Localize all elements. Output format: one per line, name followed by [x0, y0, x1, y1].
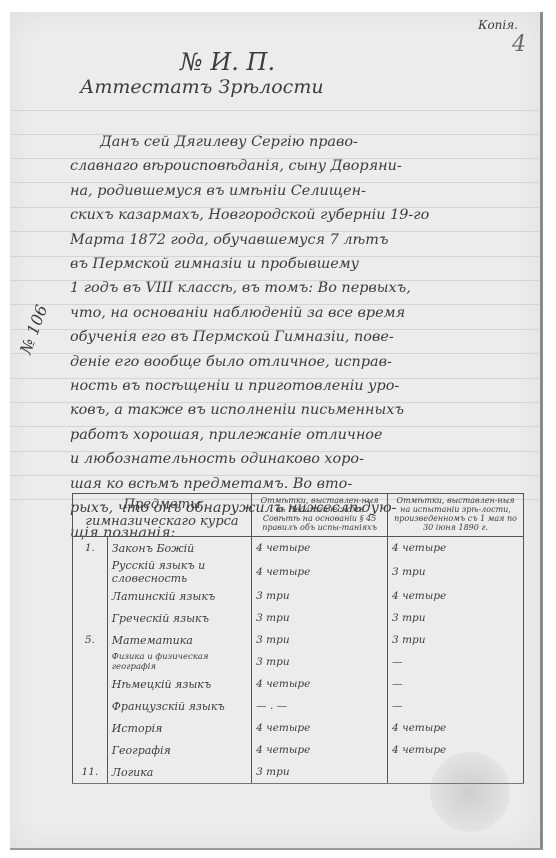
text-line: что, на основаніи наблюденій за все врем… — [70, 301, 528, 325]
table-row: Исторія 4 четыре 4 четыре — [73, 717, 524, 739]
certificate-text: Данъ сей Дягилеву Сергію право- славнаго… — [70, 130, 528, 545]
table-row: Нѣмецкій языкъ 4 четыре — — [73, 673, 524, 695]
council-grade: 4 четыре — [252, 717, 388, 739]
text-line: обученія его въ Пермской Гимназіи, пове- — [70, 325, 528, 349]
subject: Латинскій языкъ — [107, 585, 251, 607]
text-line: Марта 1872 года, обучавшемуся 7 лѣтъ — [70, 228, 528, 252]
subject: Французскій языкъ — [107, 695, 251, 717]
header-subject: Предметы гимназическаго курса — [73, 494, 252, 537]
subject: Исторія — [107, 717, 251, 739]
row-number — [73, 651, 108, 673]
table-header: Предметы гимназическаго курса Отмѣтки, в… — [73, 494, 524, 537]
document-number: № И. П. — [180, 48, 275, 76]
row-number — [73, 695, 108, 717]
row-number: 1. — [73, 537, 108, 560]
table-row: 5. Математика 3 три 3 три — [73, 629, 524, 651]
table-row: Географія 4 четыре 4 четыре — [73, 739, 524, 761]
row-number: 5. — [73, 629, 108, 651]
text-line: и любознательность одинаково хоро- — [70, 447, 528, 471]
exam-grade: 3 три — [388, 559, 524, 585]
council-grade: 3 три — [252, 629, 388, 651]
row-number — [73, 739, 108, 761]
document-title: Аттестатъ Зрѣлости — [80, 76, 324, 98]
text-line: 1 годъ въ VIII классѣ, въ томъ: Во первы… — [70, 276, 528, 300]
table-row: Русскій языкъ и словесность 4 четыре 3 т… — [73, 559, 524, 585]
council-grade: 4 четыре — [252, 559, 388, 585]
header-council-grades: Отмѣтки, выставлен-ныя въ Педагогическом… — [252, 494, 388, 537]
text-line: на, родившемуся въ имѣніи Селищен- — [70, 179, 528, 203]
subject: Русскій языкъ и словесность — [107, 559, 251, 585]
subject: Греческій языкъ — [107, 607, 251, 629]
exam-grade: — — [388, 673, 524, 695]
exam-grade — [388, 761, 524, 784]
council-grade: 4 четыре — [252, 673, 388, 695]
council-grade: 4 четыре — [252, 537, 388, 560]
council-grade: 3 три — [252, 607, 388, 629]
exam-grade: 3 три — [388, 629, 524, 651]
page-number: 4 — [512, 32, 526, 57]
text-line: Данъ сей Дягилеву Сергію право- — [70, 130, 528, 154]
council-grade: 3 три — [252, 585, 388, 607]
council-grade: 3 три — [252, 651, 388, 673]
row-number: 11. — [73, 761, 108, 784]
exam-grade: 4 четыре — [388, 739, 524, 761]
row-number — [73, 607, 108, 629]
council-grade: 4 четыре — [252, 739, 388, 761]
text-line: работъ хорошая, прилежаніе отличное — [70, 423, 528, 447]
subject: Математика — [107, 629, 251, 651]
subject: Логика — [107, 761, 251, 784]
grades-table: Предметы гимназическаго курса Отмѣтки, в… — [72, 493, 524, 784]
exam-grade: 3 три — [388, 607, 524, 629]
text-line: ность въ посѣщеніи и приготовленіи уро- — [70, 374, 528, 398]
row-number — [73, 559, 108, 585]
exam-grade: — — [388, 651, 524, 673]
header-exam-grades: Отмѣтки, выставлен-ныя на испытаніи зрѣ-… — [388, 494, 524, 537]
text-line: ковъ, а также въ исполненіи письменныхъ — [70, 398, 528, 422]
subject: Географія — [107, 739, 251, 761]
text-line: скихъ казармахъ, Новгородской губерніи 1… — [70, 203, 528, 227]
copy-mark: Копія. — [478, 18, 518, 32]
exam-grade: 4 четыре — [388, 717, 524, 739]
table-row: Французскій языкъ — . — — — [73, 695, 524, 717]
table-row: Физика и физическая географія 3 три — — [73, 651, 524, 673]
text-line: славнаго вѣроисповѣданія, сыну Дворяни- — [70, 154, 528, 178]
table-row: Латинскій языкъ 3 три 4 четыре — [73, 585, 524, 607]
council-grade: 3 три — [252, 761, 388, 784]
text-line: деніе его вообще было отличное, исправ- — [70, 350, 528, 374]
subject: Нѣмецкій языкъ — [107, 673, 251, 695]
subject: Законъ Божій — [107, 537, 251, 560]
row-number — [73, 585, 108, 607]
exam-grade: 4 четыре — [388, 537, 524, 560]
table-row: 11. Логика 3 три — [73, 761, 524, 784]
exam-grade: 4 четыре — [388, 585, 524, 607]
row-number — [73, 673, 108, 695]
council-grade: — . — — [252, 695, 388, 717]
table-row: Греческій языкъ 3 три 3 три — [73, 607, 524, 629]
table-row: 1. Законъ Божій 4 четыре 4 четыре — [73, 537, 524, 560]
row-number — [73, 717, 108, 739]
subject: Физика и физическая географія — [107, 651, 251, 673]
exam-grade: — — [388, 695, 524, 717]
text-line: въ Пермской гимназіи и пробывшему — [70, 252, 528, 276]
